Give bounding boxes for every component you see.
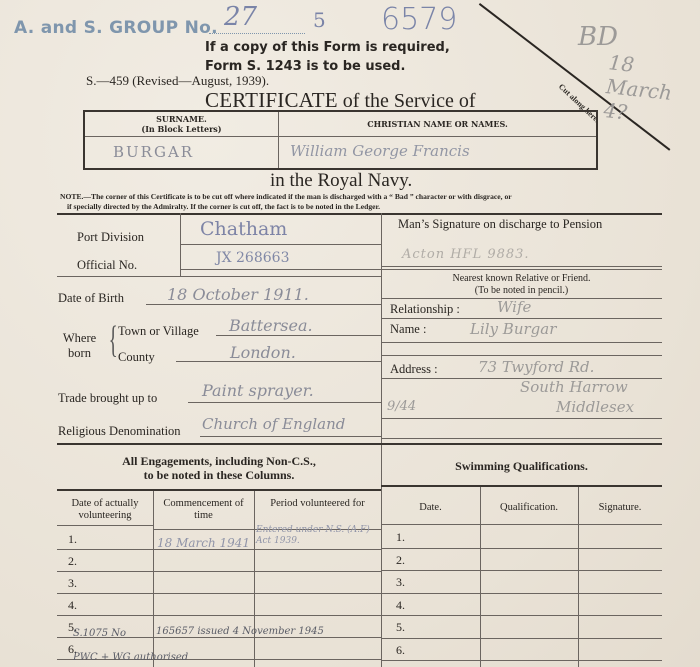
swimming-column-header: Date. [381,502,480,513]
relative-name-label: Name : [390,322,426,337]
relative-header-1: Nearest known Relative or Friend. [381,273,662,285]
engagement-6-note: PWC + WG authorised [73,652,188,663]
column-divider [480,487,481,667]
swimming-row-number: 2. [396,553,405,568]
corner-initials: BD [578,22,618,52]
engagement-1-period: Entered under N.S. (A.F) Act 1939. [256,525,380,547]
copy-note: If a copy of this Form is required, Form… [205,38,450,76]
note-line-2: if specially directed by the Admiralty. … [60,202,700,212]
note-line-1: NOTE.—The corner of this Certificate is … [60,192,700,202]
trade-label: Trade brought up to [58,391,157,406]
swimming-row-number: 4. [396,598,405,613]
date-of-birth-label: Date of Birth [58,291,124,306]
swimming-row-number: 6. [396,643,405,658]
surname-header: SURNAME. (In Block Letters) [85,114,278,134]
relative-header-2: (To be noted in pencil.) [381,285,662,297]
group-number-label: A. and S. GROUP No. [14,18,218,38]
group-number-value: 27 [224,2,257,32]
engagements-column-header: Date of actually volunteering [57,498,153,522]
field-rule [381,318,662,319]
religion-label: Religious Denomination [58,424,181,439]
swimming-column-header: Qualification. [480,502,578,513]
brace: { [109,318,118,362]
county-label: County [118,350,155,365]
surname-value: BURGAR [113,143,194,161]
row-rule [57,571,381,572]
row-rule [381,615,662,616]
field-rule [181,269,381,270]
swimming-header-rule [381,485,662,487]
port-division-label: Port Division [77,230,144,245]
address-line-1: 73 Twyford Rd. [478,358,594,376]
county-value: London. [230,343,296,362]
surname-header-text: SURNAME. [85,114,278,124]
swimming-row-number: 1. [396,530,405,545]
field-rule [381,342,662,343]
certificate-title-main: CERTIFICATE [205,88,338,112]
row-rule [381,593,662,594]
address-line-2: South Harrow [520,378,628,396]
address-note: 9/44 [387,399,416,414]
address-label: Address : [390,362,438,377]
divider [85,136,596,137]
signature-value: Acton HFL 9883. [402,247,530,262]
relative-name-value: Lily Burgar [470,320,556,338]
section-rule [57,276,381,277]
town-value: Battersea. [229,316,313,335]
engagements-title-2: to be noted in these Columns. [57,468,381,482]
field-rule [381,438,662,439]
where-born-label: Where born [57,331,102,361]
cut-corner-note: NOTE.—The corner of this Certificate is … [60,192,700,212]
address-line-3: Middlesex [556,398,634,416]
swimming-row-number: 5. [396,620,405,635]
town-label: Town or Village [118,324,199,339]
signature-label: Man’s Signature on discharge to Pension [398,217,602,232]
field-rule [176,361,381,362]
section-rule [381,266,662,267]
corner-date: 18 March 4? [602,50,700,131]
religion-value: Church of England [202,415,345,433]
engagements-column-header: Commencement of time [153,498,254,522]
column-divider [578,487,579,667]
engagement-row-number: 1. [68,532,77,547]
row-rule [381,524,662,525]
official-no-value: JX 268663 [216,250,289,266]
column-divider [153,491,154,667]
engagements-title-1: All Engagements, including Non-C.S., [57,454,381,468]
grid-top-rule [57,213,662,215]
engagements-header-rule [57,489,381,491]
field-rule [200,436,381,437]
field-rule [188,402,381,403]
port-division-value: Chatham [200,218,287,240]
certificate-subtitle: in the Royal Navy. [270,170,412,192]
relative-header: Nearest known Relative or Friend. (To be… [381,273,662,297]
column-divider [254,491,255,667]
copy-note-line-1: If a copy of this Form is required, [205,38,450,57]
swimming-row-number: 3. [396,575,405,590]
row-rule [381,548,662,549]
field-rule [146,304,381,305]
engagement-row-number: 4. [68,598,77,613]
official-no-label: Official No. [77,258,137,273]
reference-number: 6579 [381,2,457,37]
name-box: SURNAME. (In Block Letters) CHRISTIAN NA… [83,110,598,170]
swimming-column-header: Signature. [578,502,662,513]
group-number-dotted-line [209,33,305,34]
engagements-column-header: Period volunteered for [254,498,381,510]
surname-subheader-text: (In Block Letters) [85,124,278,134]
row-rule [381,660,662,661]
date-of-birth-value: 18 October 1911. [167,285,309,304]
where-born-label-2: born [57,346,102,361]
section-rule [381,269,662,270]
certificate-title-rest: of the Service of [338,90,476,112]
row-rule [57,593,381,594]
christian-names-value: William George Francis [290,142,470,160]
where-born-label-1: Where [57,331,102,346]
engagement-row-number: 2. [68,554,77,569]
christian-names-header: CHRISTIAN NAME OR NAMES. [279,119,596,129]
field-rule [381,418,662,419]
engagement-5-note: S.1075 No [73,628,126,639]
swimming-title: Swimming Qualifications. [381,459,662,474]
engagement-row-number: 3. [68,576,77,591]
field-rule [381,355,662,356]
relationship-label: Relationship : [390,302,460,317]
row-rule [57,525,153,526]
trade-value: Paint sprayer. [202,381,314,400]
row-rule [381,638,662,639]
group-number-suffix: 5 [313,8,326,32]
engagement-5-issued: 165657 issued 4 November 1945 [156,626,324,637]
engagement-1-commencement: 18 March 1941 [157,536,250,550]
relationship-value: Wife [497,298,531,316]
row-rule [381,570,662,571]
field-rule [181,244,381,245]
row-rule [57,615,381,616]
engagements-title: All Engagements, including Non-C.S., to … [57,454,381,482]
field-rule [216,335,381,336]
section-rule [57,443,662,445]
form-identifier: S.—459 (Revised—August, 1939). [86,73,269,89]
